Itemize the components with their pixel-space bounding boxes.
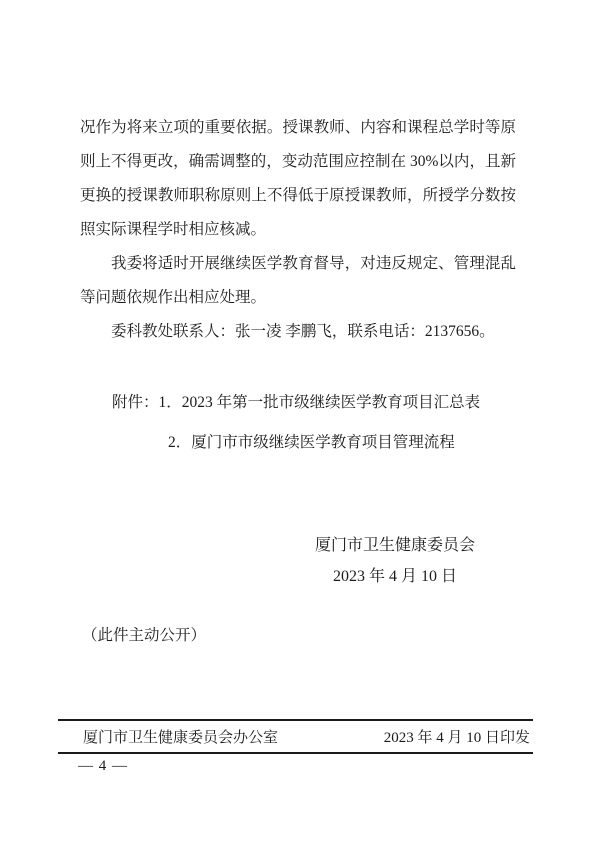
attachment-item-1: 1．2023 年第一批市级继续医学教育项目汇总表 <box>159 394 481 411</box>
footer-row: 厦门市卫生健康委员会办公室 2023 年 4 月 10 日印发 <box>58 721 533 752</box>
footer-print-date: 2023 年 4 月 10 日印发 <box>384 726 530 747</box>
body-paragraph-1: 况作为将来立项的重要依据。授课教师、内容和课程总学时等原则上不得更改，确需调整的… <box>80 111 516 247</box>
attachments-label: 附件： <box>112 394 159 411</box>
signature-block: 厦门市卫生健康委员会 2023 年 4 月 10 日 <box>298 530 492 592</box>
page-number: — 4 — <box>78 756 128 776</box>
body-text: 况作为将来立项的重要依据。授课教师、内容和课程总学时等原则上不得更改，确需调整的… <box>80 111 516 349</box>
document-page: 况作为将来立项的重要依据。授课教师、内容和课程总学时等原则上不得更改，确需调整的… <box>0 0 595 842</box>
footer-rule-bottom <box>58 752 533 754</box>
disclosure-note: （此件主动公开） <box>82 624 206 648</box>
attachments-block: 附件：1．2023 年第一批市级继续医学教育项目汇总表 2．厦门市市级继续医学教… <box>80 383 540 463</box>
issuer-name: 厦门市卫生健康委员会 <box>298 530 492 561</box>
body-paragraph-2: 我委将适时开展继续医学教育督导，对违反规定、管理混乱等问题依规作出相应处理。 <box>80 247 516 315</box>
attachment-row-2: 2．厦门市市级继续医学教育项目管理流程 <box>80 423 540 463</box>
attachment-item-2: 2．厦门市市级继续医学教育项目管理流程 <box>168 434 455 451</box>
issue-date: 2023 年 4 月 10 日 <box>298 561 492 592</box>
contact-line: 委科教处联系人：张一凌 李鹏飞，联系电话：2137656。 <box>80 315 516 349</box>
footer-office: 厦门市卫生健康委员会办公室 <box>83 726 278 747</box>
attachment-row-1: 附件：1．2023 年第一批市级继续医学教育项目汇总表 <box>80 383 540 423</box>
